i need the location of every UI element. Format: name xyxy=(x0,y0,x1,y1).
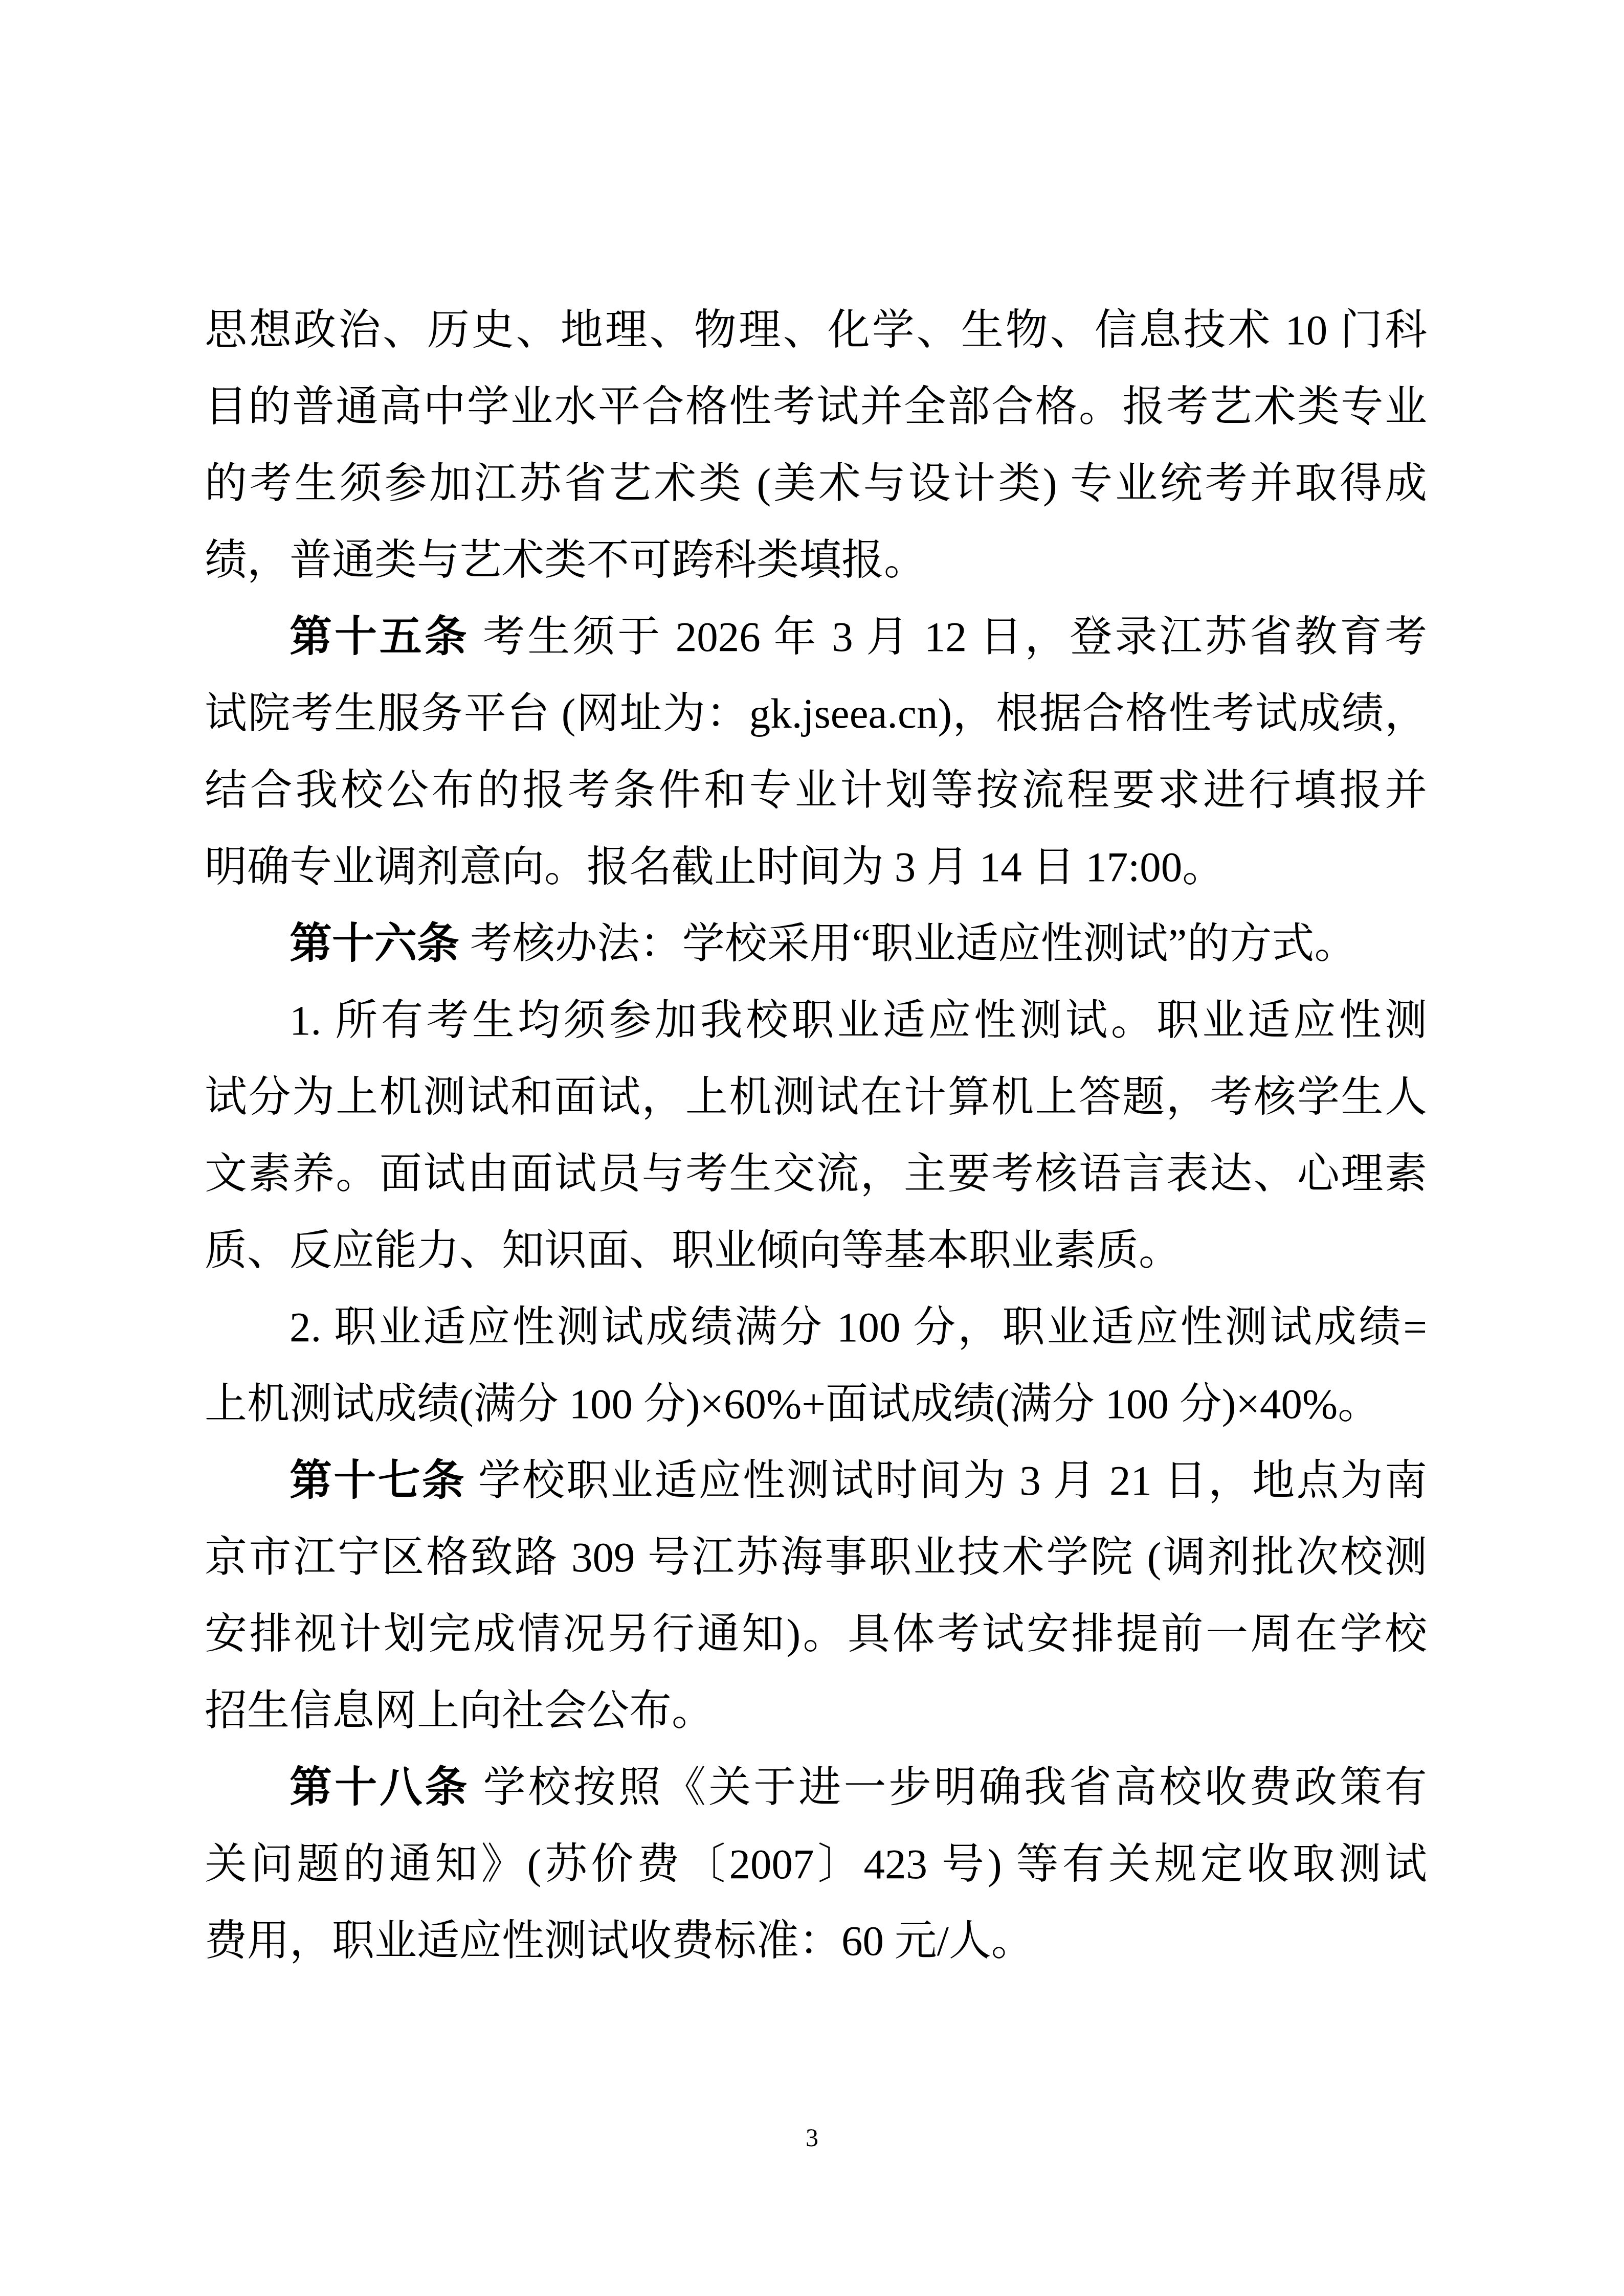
text-run: 学校职业适应性测试时间为 3 月 21 日，地点为南 xyxy=(466,1457,1427,1504)
text-line: 第十六条 考核办法：学校采用“职业适应性测试”的方式。 xyxy=(205,905,1427,982)
article-heading: 第十八条 xyxy=(290,1764,470,1811)
text-run: 考生须于 2026 年 3 月 12 日，登录江苏省教育考 xyxy=(470,613,1427,660)
text-run: 考核办法：学校采用“职业适应性测试”的方式。 xyxy=(459,920,1356,967)
text-line: 上机测试成绩(满分 100 分)×60%+面试成绩(满分 100 分)×40%。 xyxy=(205,1365,1427,1442)
text-line: 的考生须参加江苏省艺术类 (美术与设计类) 专业统考并取得成 xyxy=(205,445,1427,522)
document-page: 思想政治、历史、地理、物理、化学、生物、信息技术 10 门科 目的普通高中学业水… xyxy=(0,0,1624,2296)
text-line: 1. 所有考生均须参加我校职业适应性测试。职业适应性测 xyxy=(205,982,1427,1059)
document-body: 思想政治、历史、地理、物理、化学、生物、信息技术 10 门科 目的普通高中学业水… xyxy=(205,291,1427,1979)
text-line: 2. 职业适应性测试成绩满分 100 分，职业适应性测试成绩= xyxy=(205,1289,1427,1365)
text-line: 试院考生服务平台 (网址为：gk.jseea.cn)，根据合格性考试成绩， xyxy=(205,675,1427,752)
text-line: 第十五条 考生须于 2026 年 3 月 12 日，登录江苏省教育考 xyxy=(205,598,1427,675)
article-heading: 第十五条 xyxy=(290,613,470,660)
article-heading: 第十六条 xyxy=(290,920,459,967)
page-number: 3 xyxy=(0,2122,1624,2153)
text-line: 费用，职业适应性测试收费标准：60 元/人。 xyxy=(205,1902,1427,1979)
text-line: 试分为上机测试和面试，上机测试在计算机上答题，考核学生人 xyxy=(205,1059,1427,1135)
text-line: 绩，普通类与艺术类不可跨科类填报。 xyxy=(205,522,1427,598)
text-line: 文素养。面试由面试员与考生交流，主要考核语言表达、心理素 xyxy=(205,1135,1427,1212)
text-line: 京市江宁区格致路 309 号江苏海事职业技术学院 (调剂批次校测 xyxy=(205,1519,1427,1595)
text-line: 明确专业调剂意向。报名截止时间为 3 月 14 日 17:00。 xyxy=(205,828,1427,905)
text-line: 招生信息网上向社会公布。 xyxy=(205,1672,1427,1749)
text-line: 关问题的通知》(苏价费〔2007〕423 号) 等有关规定收取测试 xyxy=(205,1826,1427,1902)
text-run: 学校按照《关于进一步明确我省高校收费政策有 xyxy=(470,1764,1427,1811)
text-line: 第十八条 学校按照《关于进一步明确我省高校收费政策有 xyxy=(205,1749,1427,1826)
article-heading: 第十七条 xyxy=(290,1457,466,1504)
text-line: 安排视计划完成情况另行通知)。具体考试安排提前一周在学校 xyxy=(205,1595,1427,1672)
text-line: 质、反应能力、知识面、职业倾向等基本职业素质。 xyxy=(205,1212,1427,1289)
text-line: 目的普通高中学业水平合格性考试并全部合格。报考艺术类专业 xyxy=(205,368,1427,445)
text-line: 第十七条 学校职业适应性测试时间为 3 月 21 日，地点为南 xyxy=(205,1442,1427,1519)
text-line: 结合我校公布的报考条件和专业计划等按流程要求进行填报并 xyxy=(205,752,1427,828)
text-line: 思想政治、历史、地理、物理、化学、生物、信息技术 10 门科 xyxy=(205,291,1427,368)
